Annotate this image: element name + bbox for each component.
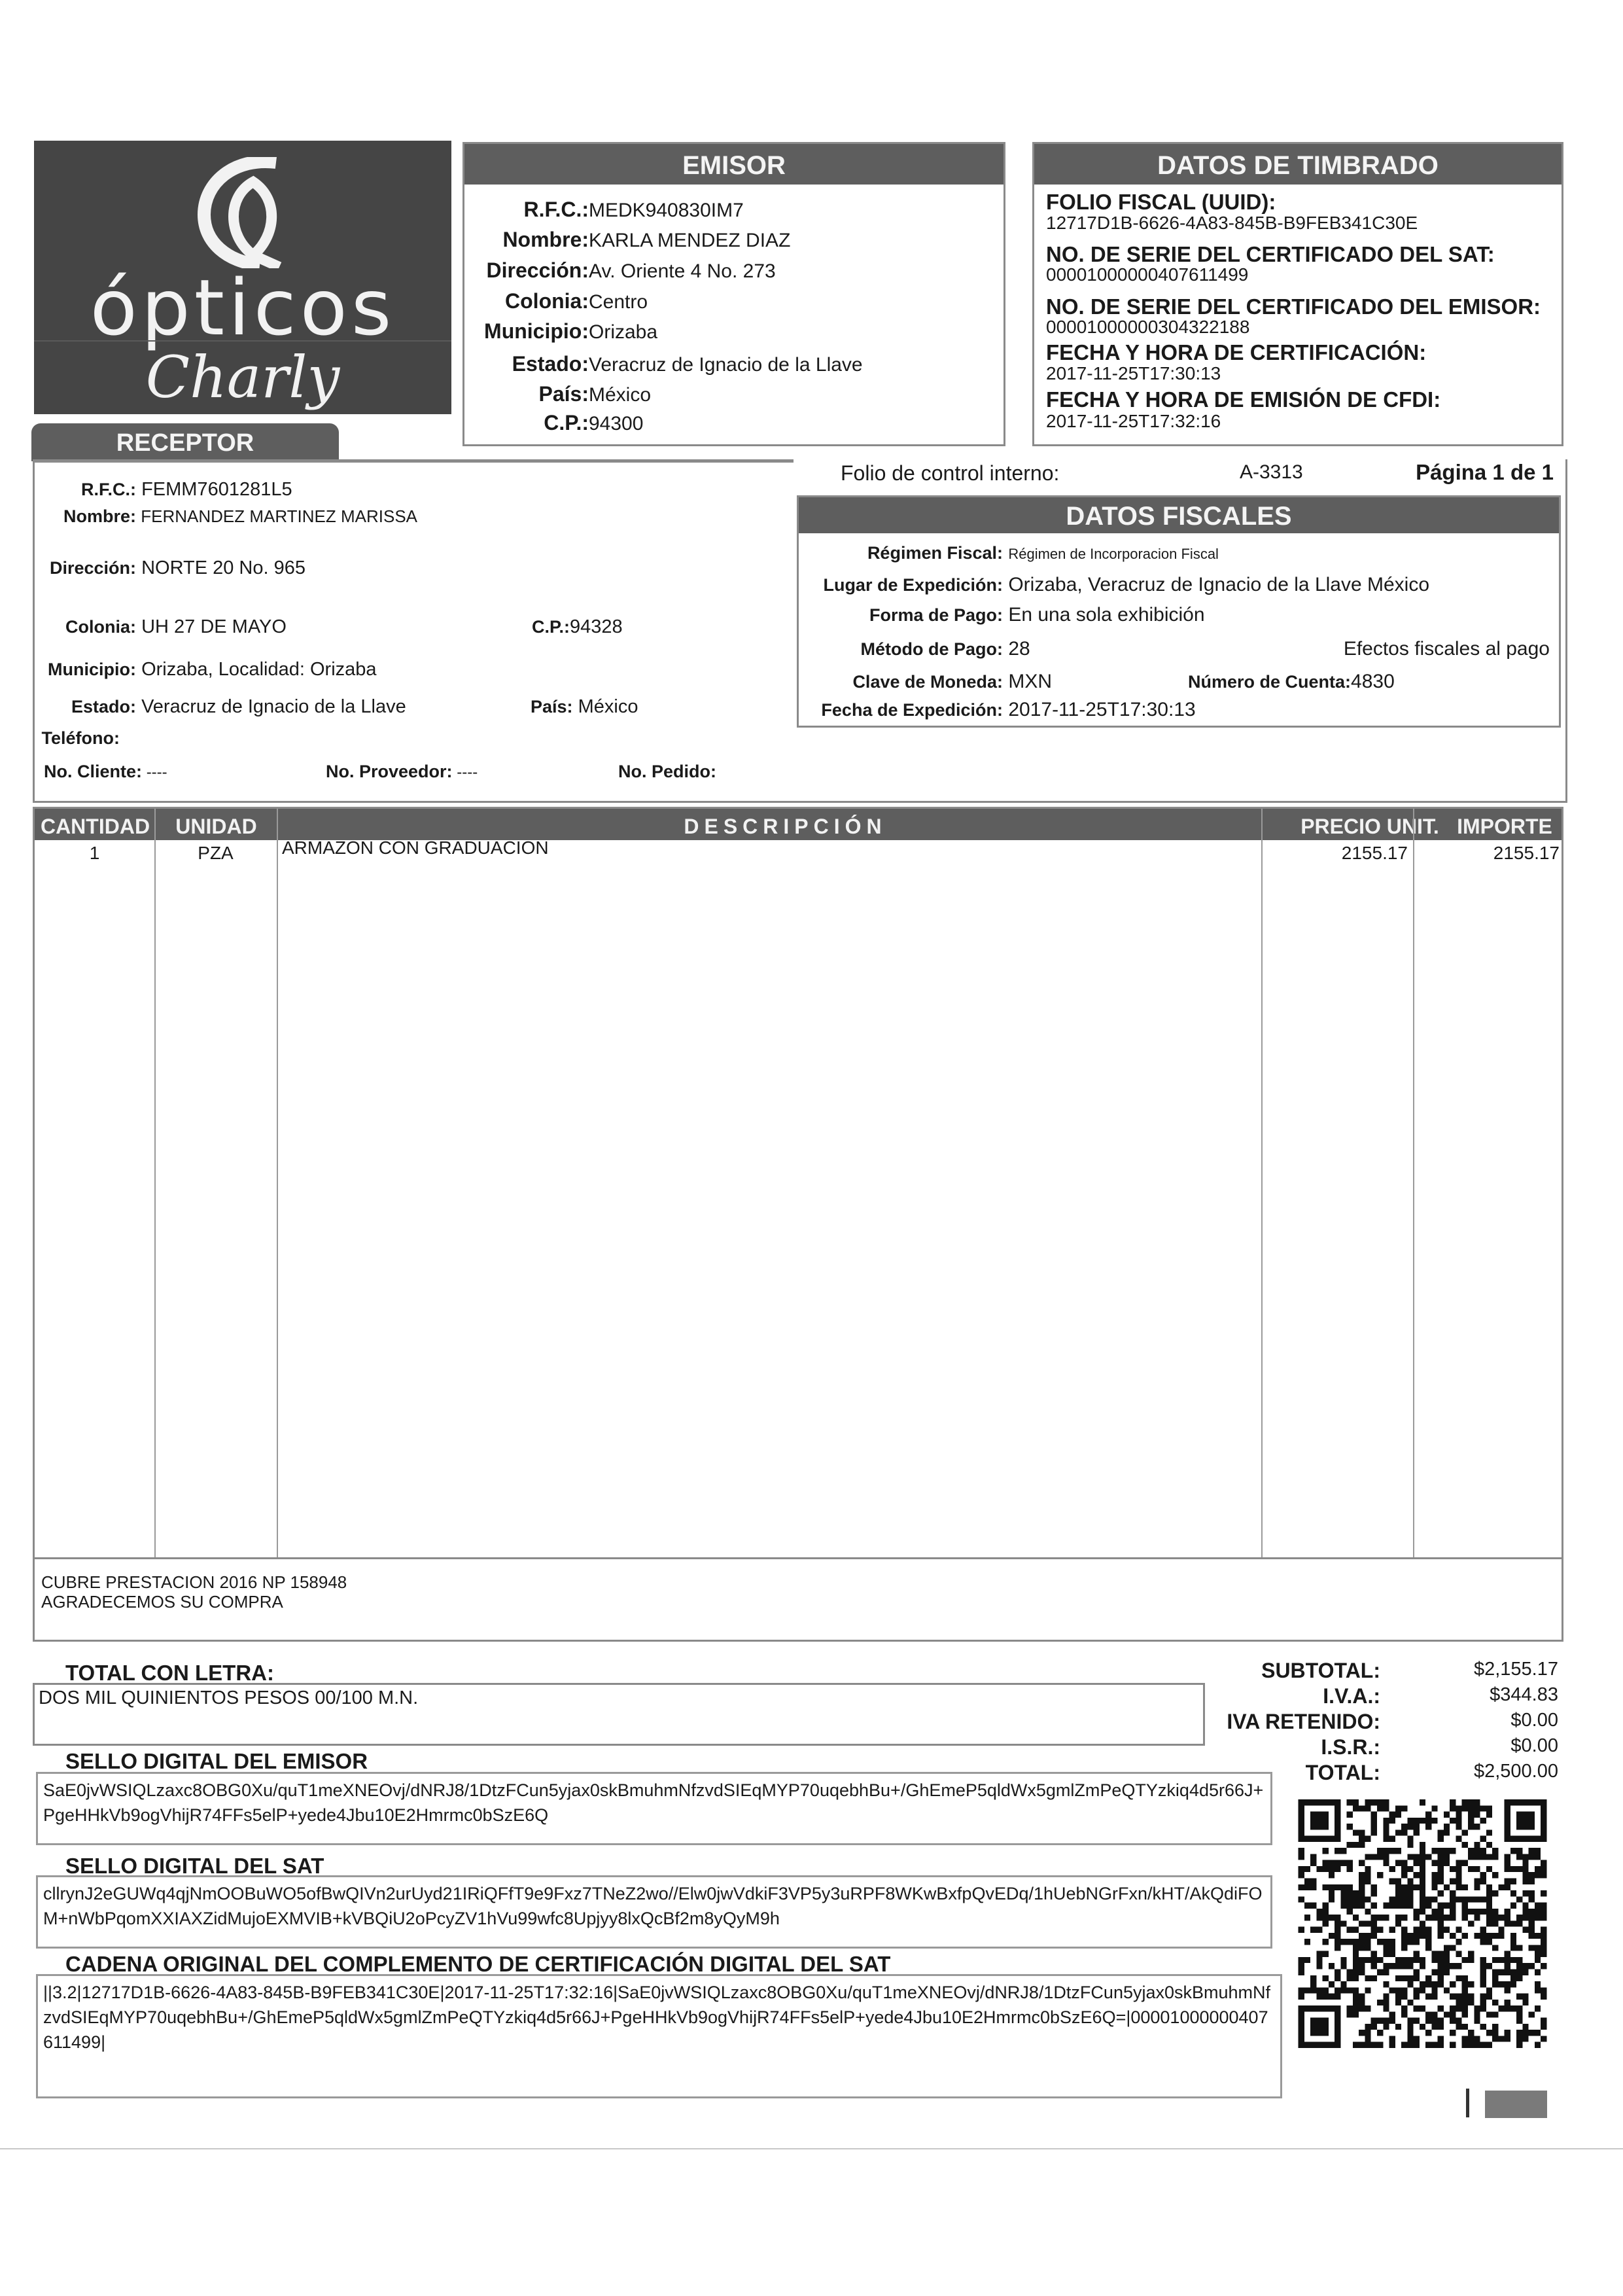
receptor-rfc: R.F.C.: FEMM7601281L5 <box>35 479 292 501</box>
col-divider <box>277 809 278 1557</box>
total-letra-label: TOTAL CON LETRA: <box>65 1661 274 1686</box>
row-precio: 2155.17 <box>1263 843 1408 864</box>
company-logo: ópticos Charly <box>34 141 451 414</box>
regimen-fiscal: Régimen Fiscal: Régimen de Incorporacion… <box>799 542 1219 564</box>
col-divider <box>1261 809 1263 1557</box>
observacion-line: AGRADECEMOS SU COMPRA <box>41 1592 283 1612</box>
emisor-cert-label: NO. DE SERIE DEL CERTIFICADO DEL EMISOR: <box>1046 294 1541 319</box>
col-divider <box>1413 809 1414 1557</box>
datos-fiscales-panel: DATOS FISCALES Régimen Fiscal: Régimen d… <box>797 495 1561 728</box>
cadena-original-value: ||3.2|12717D1B-6626-4A83-845B-B9FEB341C3… <box>36 1974 1282 2098</box>
page-indicator: Página 1 de 1 <box>1416 460 1554 485</box>
receptor-cp: C.P.:94328 <box>532 616 623 638</box>
receptor-top-border <box>35 459 794 463</box>
receptor-estado: Estado: Veracruz de Ignacio de la Llave <box>35 696 406 718</box>
receptor-telefono: Teléfono: <box>35 728 120 749</box>
subtotal-row: SUBTOTAL:$2,155.17 <box>1210 1659 1563 1684</box>
qr-code-icon <box>1287 1799 1558 2048</box>
total-letra-value: DOS MIL QUINIENTOS PESOS 00/100 M.N. <box>39 1687 418 1709</box>
page-edge <box>0 2148 1623 2149</box>
items-table-header: CANTIDAD UNIDAD DESCRIPCIÓN PRECIO UNIT.… <box>35 809 1562 840</box>
receptor-direccion: Dirección: NORTE 20 No. 965 <box>35 557 305 579</box>
cert-date-label: FECHA Y HORA DE CERTIFICACIÓN: <box>1046 340 1426 365</box>
uuid-value: 12717D1B-6626-4A83-845B-B9FEB341C30E <box>1046 213 1418 234</box>
emisor-pais: País:México <box>464 382 651 406</box>
receptor-title: RECEPTOR <box>31 423 339 461</box>
col-unidad: UNIDAD <box>156 809 277 840</box>
receptor-no-proveedor: No. Proveedor: ---- <box>326 762 478 782</box>
total-letra-box: DOS MIL QUINIENTOS PESOS 00/100 M.N. <box>33 1683 1205 1746</box>
items-table: CANTIDAD UNIDAD DESCRIPCIÓN PRECIO UNIT.… <box>33 807 1563 1559</box>
receptor-no-pedido: No. Pedido: <box>618 762 716 782</box>
emisor-cp: C.P.:94300 <box>464 411 643 435</box>
folio-control-row: Folio de control interno: A-3313 Página … <box>841 460 1560 493</box>
forma-pago: Forma de Pago: En una sola exhibición <box>799 604 1205 626</box>
isr-row: I.S.R.:$0.00 <box>1210 1735 1563 1760</box>
col-descripcion: DESCRIPCIÓN <box>277 809 1294 840</box>
receptor-nombre: Nombre: FERNANDEZ MARTINEZ MARISSA <box>35 506 417 527</box>
sello-emisor-value: SaE0jvWSIQLzaxc8OBG0Xu/quT1meXNEOvj/dNRJ… <box>36 1772 1272 1845</box>
brand-subname: Charly <box>34 344 451 411</box>
receptor-municipio: Municipio: Orizaba, Localidad: Orizaba <box>35 659 377 680</box>
row-unidad: PZA <box>154 843 277 864</box>
sat-cert-value: 00001000000407611499 <box>1046 264 1248 285</box>
fecha-expedicion: Fecha de Expedición: 2017-11-25T17:30:13 <box>799 699 1196 721</box>
folio-control-value: A-3313 <box>1240 461 1303 484</box>
emisor-nombre: Nombre:KARLA MENDEZ DIAZ <box>464 228 790 252</box>
emisor-rfc: R.F.C.:MEDK940830IM7 <box>464 198 744 222</box>
observacion-line: CUBRE PRESTACION 2016 NP 158948 <box>41 1572 347 1593</box>
row-importe: 2155.17 <box>1414 843 1560 864</box>
footer-dots <box>1112 2110 1465 2115</box>
sat-cert-label: NO. DE SERIE DEL CERTIFICADO DEL SAT: <box>1046 242 1495 267</box>
emission-date-label: FECHA Y HORA DE EMISIÓN DE CFDI: <box>1046 387 1440 412</box>
row-cantidad: 1 <box>35 843 154 864</box>
lugar-expedicion: Lugar de Expedición: Orizaba, Veracruz d… <box>799 574 1429 596</box>
emission-date-value: 2017-11-25T17:32:16 <box>1046 411 1221 432</box>
row-descripcion: ARMAZON CON GRADUACION <box>282 838 549 858</box>
cert-date-value: 2017-11-25T17:30:13 <box>1046 363 1221 384</box>
col-divider <box>154 809 156 1557</box>
clave-moneda: Clave de Moneda: MXN <box>799 671 1052 693</box>
col-importe: IMPORTE <box>1446 809 1563 840</box>
datos-fiscales-title: DATOS FISCALES <box>799 497 1559 533</box>
emisor-title: EMISOR <box>464 144 1003 185</box>
eye-logo-icon <box>188 157 299 268</box>
receptor-no-cliente: No. Cliente: ---- <box>44 762 167 782</box>
sello-emisor-label: SELLO DIGITAL DEL EMISOR <box>65 1749 368 1774</box>
folio-control-label: Folio de control interno: <box>841 461 1059 486</box>
sello-sat-value: cllrynJ2eGUWq4qjNmOOBuWO5ofBwQIVn2urUyd2… <box>36 1875 1272 1949</box>
cadena-original-label: CADENA ORIGINAL DEL COMPLEMENTO DE CERTI… <box>65 1952 890 1977</box>
footer-bar <box>1466 2089 1469 2117</box>
logo-divider <box>34 340 451 342</box>
metodo-pago: Método de Pago: 28 <box>799 638 1030 660</box>
observaciones-box: CUBRE PRESTACION 2016 NP 158948 AGRADECE… <box>33 1559 1563 1642</box>
iva-row: I.V.A.:$344.83 <box>1210 1684 1563 1709</box>
emisor-colonia: Colonia:Centro <box>464 289 648 313</box>
emisor-municipio: Municipio:Orizaba <box>464 319 657 344</box>
timbrado-title: DATOS DE TIMBRADO <box>1034 144 1562 185</box>
emisor-cert-value: 00001000000304322188 <box>1046 317 1249 338</box>
col-precio: PRECIO UNIT. <box>1294 809 1446 840</box>
receptor-pais: País: México <box>531 696 638 718</box>
col-cantidad: CANTIDAD <box>35 809 156 840</box>
timbrado-panel: DATOS DE TIMBRADO FOLIO FISCAL (UUID): 1… <box>1032 142 1563 446</box>
numero-cuenta: Número de Cuenta:4830 <box>1188 671 1395 693</box>
emisor-estado: Estado:Veracruz de Ignacio de la Llave <box>464 352 863 376</box>
iva-retenido-row: IVA RETENIDO:$0.00 <box>1210 1710 1563 1735</box>
brand-name: ópticos <box>34 269 451 346</box>
efectos-fiscales: Efectos fiscales al pago <box>1344 638 1550 660</box>
factura-electronica-logo-icon <box>1485 2091 1547 2118</box>
emisor-panel: EMISOR R.F.C.:MEDK940830IM7 Nombre:KARLA… <box>462 142 1005 446</box>
uuid-label: FOLIO FISCAL (UUID): <box>1046 190 1276 215</box>
emisor-direccion: Dirección:Av. Oriente 4 No. 273 <box>464 258 776 283</box>
receptor-colonia: Colonia: UH 27 DE MAYO <box>35 616 287 638</box>
